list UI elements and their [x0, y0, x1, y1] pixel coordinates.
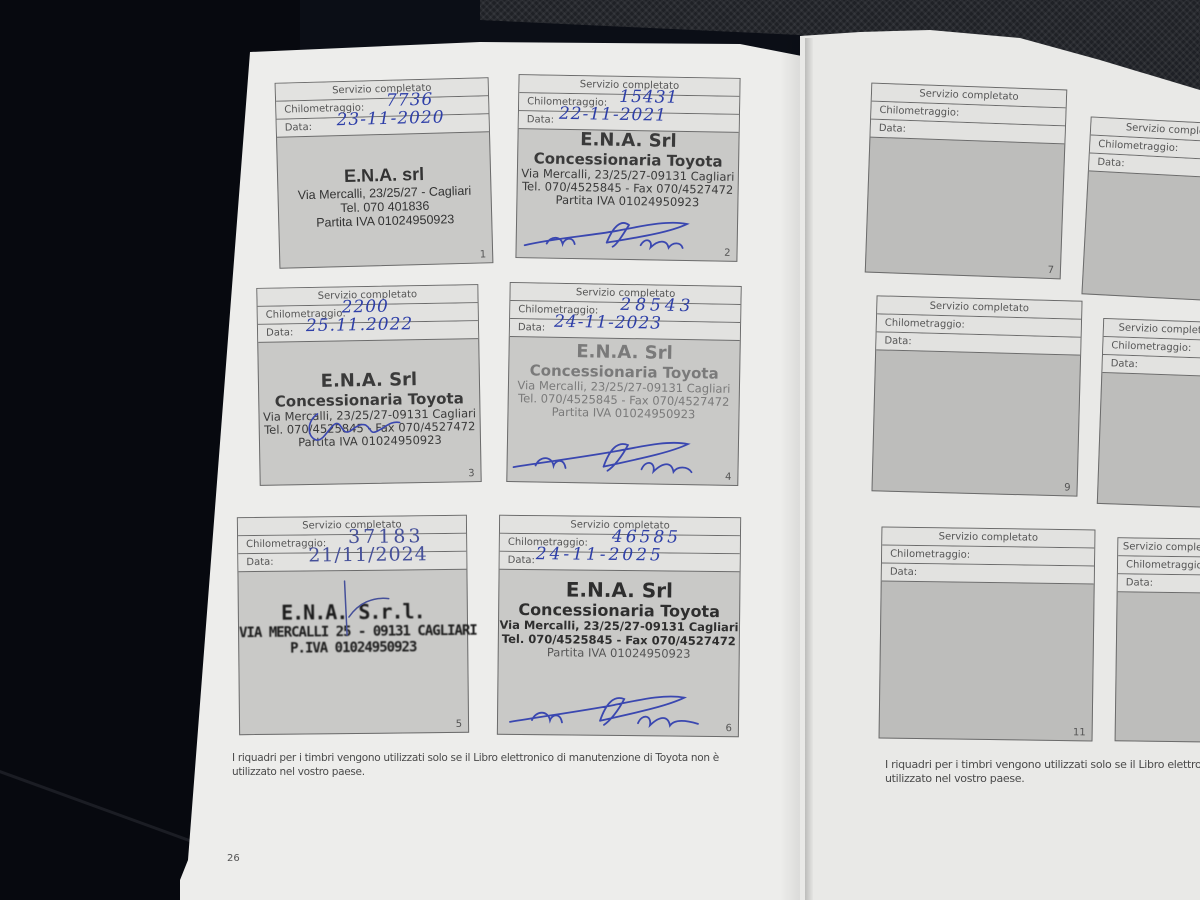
- dealer-stamp: E.N.A. Srl Concessionaria Toyota Via Mer…: [508, 341, 739, 423]
- mileage-label: Chilometraggio:: [1098, 139, 1178, 154]
- mileage-row: Chilometraggio:: [1118, 556, 1200, 576]
- date-label: Data:: [1126, 577, 1153, 588]
- date-value: 24-11-2025: [536, 546, 664, 564]
- date-label: Data:: [266, 327, 293, 338]
- service-entry-1: Servizio completato Chilometraggio: 7736…: [275, 77, 494, 269]
- service-entry-7: Servizio completato Chilometraggio: Data…: [865, 83, 1068, 280]
- service-entry-2: Servizio completato Chilometraggio: 1543…: [515, 74, 740, 262]
- date-value: 25.11.2022: [306, 316, 414, 335]
- service-entry-12: Servizio completato Chilometraggio: Data…: [1115, 537, 1200, 743]
- date-row: Data: 25.11.2022: [258, 321, 478, 343]
- date-row: Data:: [1118, 574, 1200, 594]
- date-value: 23-11-2020: [336, 109, 444, 129]
- date-label: Data:: [508, 555, 535, 566]
- service-entry-5: Servizio completato Chilometraggio: 3718…: [237, 515, 469, 735]
- mileage-label: Chilometraggio:: [885, 318, 965, 331]
- box-number: 11: [1073, 727, 1086, 738]
- box-number: 9: [1064, 482, 1071, 493]
- box-number: 3: [468, 468, 475, 479]
- stamp-line: P.IVA 01024950923: [239, 639, 467, 657]
- service-entry-4: Servizio completato Chilometraggio: 2854…: [506, 282, 741, 486]
- service-entry-9: Servizio completato Chilometraggio: Data…: [871, 295, 1082, 496]
- dealer-stamp: E.N.A. Srl Concessionaria Toyota Via Mer…: [517, 129, 738, 210]
- date-label: Data:: [884, 336, 912, 348]
- date-label: Data:: [285, 122, 313, 134]
- box-number: 2: [724, 248, 731, 259]
- box-number: 4: [725, 472, 732, 483]
- stamp-line: Partita IVA 01024950923: [499, 646, 739, 662]
- mileage-value: 46585: [612, 529, 681, 547]
- date-label: Data:: [246, 557, 273, 568]
- page-number: 26: [227, 853, 240, 864]
- mileage-label: Chilometraggio:: [1126, 559, 1200, 571]
- signature: [504, 684, 735, 736]
- date-value: 22-11-2021: [559, 106, 667, 125]
- box-number: 7: [1047, 265, 1054, 276]
- date-label: Data:: [1110, 358, 1138, 370]
- date-label: Data:: [890, 567, 917, 578]
- service-entry-6: Servizio completato Chilometraggio: 4658…: [497, 515, 741, 738]
- date-row: Data: 24-11-2023: [510, 319, 740, 341]
- date-label: Data:: [879, 123, 907, 135]
- service-entry-3: Servizio completato Chilometraggio: 2200…: [256, 284, 481, 486]
- dealer-stamp: E.N.A. srl Via Mercalli, 23/25/27 - Cagl…: [278, 162, 492, 231]
- signature: [299, 404, 420, 446]
- entry-header: Servizio completato: [1118, 538, 1200, 558]
- date-label: Data:: [527, 114, 554, 125]
- signature: [516, 207, 737, 261]
- footnote-left: I riquadri per i timbri vengono utilizza…: [232, 752, 762, 779]
- date-row: Data: 21/11/2024: [238, 552, 466, 572]
- signature: [507, 429, 738, 483]
- service-entry-11: Servizio completato Chilometraggio: Data…: [879, 527, 1096, 742]
- mileage-label: Chilometraggio:: [879, 105, 959, 119]
- signature: [328, 576, 409, 637]
- date-value: 21/11/2024: [308, 546, 428, 564]
- date-row: Data: 24-11-2025: [500, 552, 740, 573]
- mileage-label: Chilometraggio:: [1111, 340, 1191, 354]
- mileage-label: Chilometraggio:: [890, 549, 970, 561]
- service-entry-10: Servizio completato Chilometraggio: Data…: [1097, 318, 1200, 508]
- date-row: Data:: [882, 564, 1094, 585]
- box-number: 1: [480, 249, 487, 260]
- dealer-stamp: E.N.A. Srl Concessionaria Toyota Via Mer…: [499, 578, 740, 662]
- box-number: 5: [456, 719, 462, 730]
- service-entry-8: Servizio completato Chilometraggio: Data…: [1081, 116, 1200, 301]
- date-row: Data:: [1102, 355, 1200, 377]
- date-value: 24-11-2023: [554, 314, 662, 333]
- date-label: Data:: [1097, 157, 1125, 169]
- footnote-right: I riquadri per i timbri vengono utilizza…: [885, 758, 1200, 787]
- box-number: 6: [725, 723, 731, 734]
- book-gutter: [805, 38, 813, 900]
- date-label: Data:: [518, 322, 545, 333]
